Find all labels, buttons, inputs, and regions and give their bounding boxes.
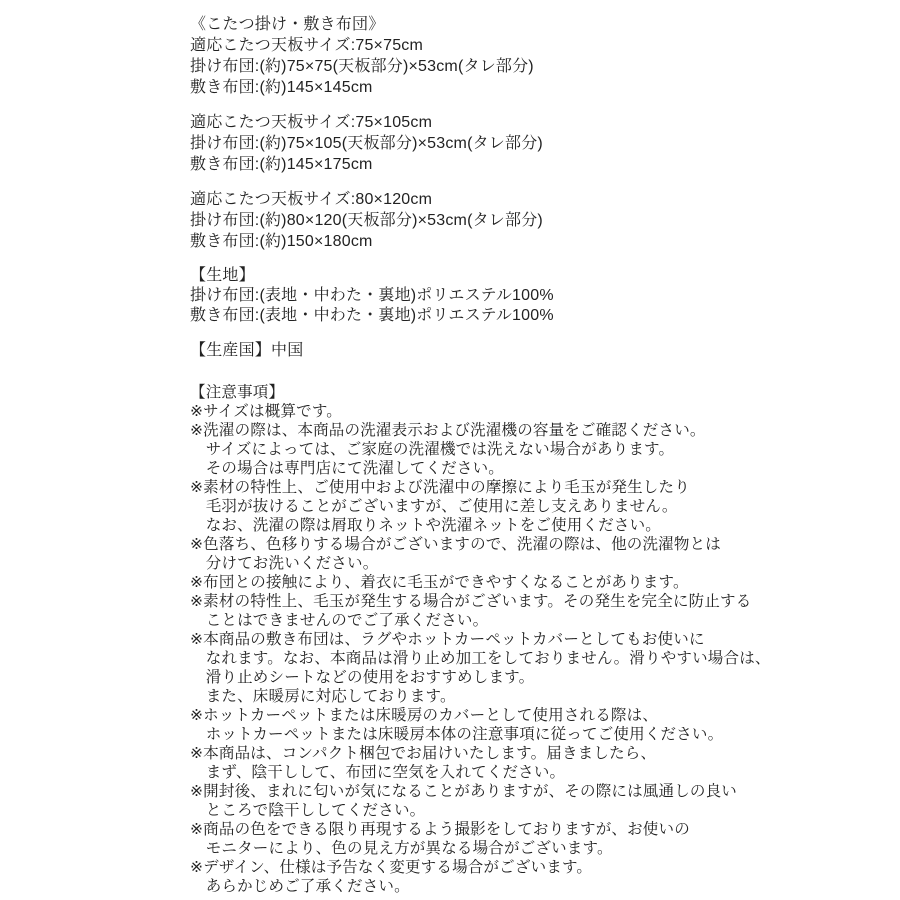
notes-section: 【注意事項】 ※サイズは概算です。 ※洗濯の際は、本商品の洗濯表示および洗濯機の… — [190, 383, 880, 896]
note-line: 分けてお洗いください。 — [190, 554, 880, 573]
note-line: なれます。なお、本商品は滑り止め加工をしておりません。滑りやすい場合は、 — [190, 649, 880, 668]
spec-line: 敷き布団:(約)145×145cm — [190, 77, 880, 98]
kotatsu-size-group: 《こたつ掛け・敷き布団》 適応こたつ天板サイズ:75×75cm 掛け布団:(約)… — [190, 14, 880, 98]
fabric-section: 【生地】 掛け布団:(表地・中わた・裏地)ポリエステル100% 敷き布団:(表地… — [190, 266, 880, 326]
fabric-line: 敷き布団:(表地・中わた・裏地)ポリエステル100% — [190, 306, 880, 326]
spec-line: 掛け布団:(約)75×75(天板部分)×53cm(タレ部分) — [190, 56, 880, 77]
note-line: あらかじめご了承ください。 — [190, 877, 880, 896]
product-description-page: 《こたつ掛け・敷き布団》 適応こたつ天板サイズ:75×75cm 掛け布団:(約)… — [0, 0, 900, 900]
note-line: また、床暖房に対応しております。 — [190, 687, 880, 706]
section-title: 【注意事項】 — [190, 383, 880, 402]
note-line: ところで陰干ししてください。 — [190, 801, 880, 820]
spec-line: 敷き布団:(約)145×175cm — [190, 154, 880, 175]
note-line: ※サイズは概算です。 — [190, 402, 880, 421]
spec-line: 適応こたつ天板サイズ:75×75cm — [190, 35, 880, 56]
note-line: ※商品の色をできる限り再現するよう撮影をしておりますが、お使いの — [190, 820, 880, 839]
note-line: 毛羽が抜けることがございますが、ご使用に差し支えありません。 — [190, 497, 880, 516]
note-line: 滑り止めシートなどの使用をおすすめします。 — [190, 668, 880, 687]
spec-line: 掛け布団:(約)75×105(天板部分)×53cm(タレ部分) — [190, 133, 880, 154]
note-line: ※色落ち、色移りする場合がございますので、洗濯の際は、他の洗濯物とは — [190, 535, 880, 554]
note-line: ※素材の特性上、毛玉が発生する場合がございます。その発生を完全に防止する — [190, 592, 880, 611]
note-line: ※ホットカーペットまたは床暖房のカバーとして使用される際は、 — [190, 706, 880, 725]
note-line: ※デザイン、仕様は予告なく変更する場合がございます。 — [190, 858, 880, 877]
kotatsu-size-group: 適応こたつ天板サイズ:80×120cm 掛け布団:(約)80×120(天板部分)… — [190, 189, 880, 252]
note-line: ことはできませんのでご了承ください。 — [190, 611, 880, 630]
note-line: ※本商品は、コンパクト梱包でお届けいたします。届きましたら、 — [190, 744, 880, 763]
fabric-line: 掛け布団:(表地・中わた・裏地)ポリエステル100% — [190, 286, 880, 306]
note-line: サイズによっては、ご家庭の洗濯機では洗えない場合があります。 — [190, 440, 880, 459]
spec-line: 掛け布団:(約)80×120(天板部分)×53cm(タレ部分) — [190, 210, 880, 231]
origin-line: 【生産国】中国 — [190, 341, 880, 361]
note-line: ※本商品の敷き布団は、ラグやホットカーペットカバーとしてもお使いに — [190, 630, 880, 649]
note-line: ※開封後、まれに匂いが気になることがありますが、その際には風通しの良い — [190, 782, 880, 801]
note-line: ホットカーペットまたは床暖房本体の注意事項に従ってご使用ください。 — [190, 725, 880, 744]
note-line: その場合は専門店にて洗濯してください。 — [190, 459, 880, 478]
note-line: モニターにより、色の見え方が異なる場合がございます。 — [190, 839, 880, 858]
note-line: ※素材の特性上、ご使用中および洗濯中の摩擦により毛玉が発生したり — [190, 478, 880, 497]
note-line: ※布団との接触により、着衣に毛玉ができやすくなることがあります。 — [190, 573, 880, 592]
spec-line: 敷き布団:(約)150×180cm — [190, 231, 880, 252]
note-line: まず、陰干しして、布団に空気を入れてください。 — [190, 763, 880, 782]
kotatsu-size-group: 適応こたつ天板サイズ:75×105cm 掛け布団:(約)75×105(天板部分)… — [190, 112, 880, 175]
kotatsu-size-section: 《こたつ掛け・敷き布団》 適応こたつ天板サイズ:75×75cm 掛け布団:(約)… — [190, 14, 880, 252]
note-line: なお、洗濯の際は屑取りネットや洗濯ネットをご使用ください。 — [190, 516, 880, 535]
note-line: ※洗濯の際は、本商品の洗濯表示および洗濯機の容量をご確認ください。 — [190, 421, 880, 440]
spec-line: 適応こたつ天板サイズ:75×105cm — [190, 112, 880, 133]
section-title: 【生地】 — [190, 266, 880, 286]
section-title: 《こたつ掛け・敷き布団》 — [190, 14, 880, 35]
origin-section: 【生産国】中国 — [190, 341, 880, 361]
spec-line: 適応こたつ天板サイズ:80×120cm — [190, 189, 880, 210]
